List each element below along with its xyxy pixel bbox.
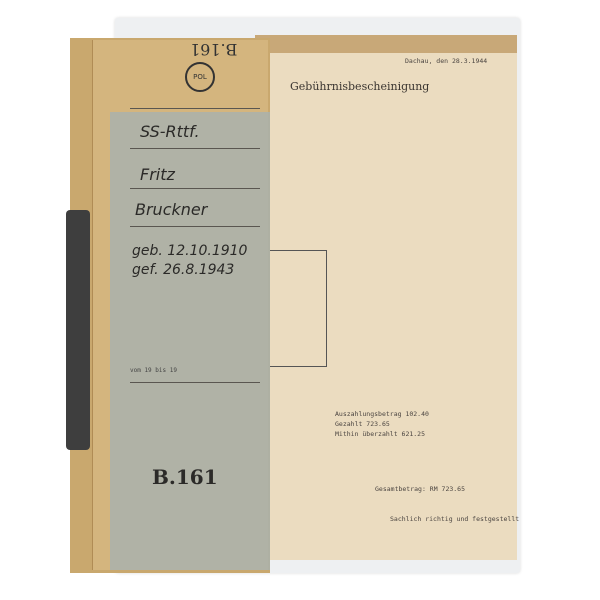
document-footer: Sachlich richtig und festgestellt	[390, 515, 519, 523]
place-date: Dachau, den 28.3.1944	[405, 57, 487, 65]
summary-line: Auszahlungsbetrag 102.40	[335, 410, 429, 418]
handwritten-line: SS-Rttf.	[140, 122, 200, 141]
handwritten-line: geb. 12.10.1910	[132, 243, 247, 259]
file-number-top: B.161	[190, 40, 237, 59]
divider	[130, 108, 260, 109]
summary-line: Mithin überzahlt 621.25	[335, 430, 425, 438]
divider	[130, 148, 260, 149]
summary-line: Gesamtbetrag: RM 723.65	[375, 485, 465, 493]
stamp: POL	[185, 62, 215, 92]
divider	[130, 226, 260, 227]
handwritten-line: Fritz	[140, 165, 175, 184]
metal-binder-clip	[66, 210, 90, 450]
faded-cover-area	[110, 112, 270, 570]
document-heading: Gebührnisbescheinigung	[290, 80, 429, 93]
handwritten-line: gef. 26.8.1943	[132, 262, 234, 278]
divider	[130, 188, 260, 189]
form-row: vom 19 bis 19	[130, 367, 177, 374]
divider	[130, 382, 260, 383]
handwritten-line: Bruckner	[135, 200, 207, 219]
file-number-bottom: B.161	[152, 465, 218, 489]
form-box	[265, 250, 327, 367]
typed-document: Dachau, den 28.3.1944 Gebührnisbescheini…	[255, 35, 517, 560]
document-torn-top	[255, 35, 517, 53]
summary-line: Gezahlt 723.65	[335, 420, 390, 428]
